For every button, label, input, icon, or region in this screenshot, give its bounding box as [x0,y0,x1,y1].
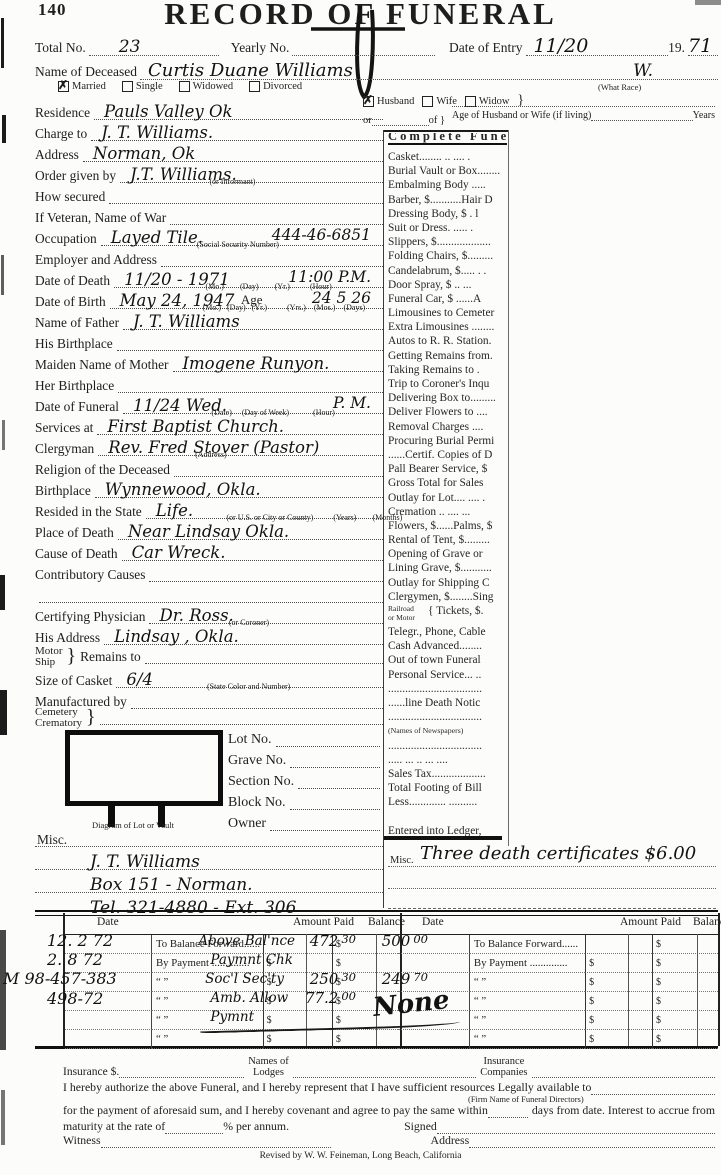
yearly-no-label: Yearly No. [219,40,293,56]
ledger-box-rule [384,836,502,840]
dollar-sign: $ [656,1015,661,1026]
field-value-handwritten: 11/20 - 1971 [124,270,230,289]
field-value-handwritten: Wynnewood, Okla. [105,480,261,499]
scan-artifact [0,930,6,1050]
checkbox-x-mark: ✗ [58,78,68,93]
field-row: Employer and Address [35,246,383,267]
ledger-header-balance: Balance [693,916,721,928]
field-row: Residence Pauls Valley Ok [35,99,383,120]
checkbox-icon: ✗ [179,81,190,92]
charge-item: ......line Death Notic [388,696,507,710]
dollar-sign: $ [656,996,661,1007]
age-of-spouse-label: Age of Husband or Wife (if living) [452,110,591,121]
field-row: Birthplace Wynnewood, Okla. [35,477,383,498]
field-label: Date of Death [35,273,114,288]
field-label: Religion of the Deceased [35,462,174,477]
dollar-sign: $ [656,977,661,988]
charge-item-label: Barber, $...........Hair D [388,194,493,206]
charge-item-label: Procuring Burial Permi [388,435,494,447]
charge-item-label: Limousines to Cemeter [388,307,494,319]
field-row: Clergyman Rev. Fred Stover (Pastor) (Add… [35,435,383,456]
checkbox-label: Married [72,81,106,92]
lot-field-row: Grave No. [228,747,380,768]
charge-item-label: Flowers, $......Palms, $ [388,520,492,532]
field-value-handwritten: 11/24 Wed. [133,396,227,415]
charge-item-label: ......line Death Notic [388,697,480,709]
charge-item: Door Spray, $ .. ... [388,278,507,292]
charge-item: Pall Bearer Service, $ [388,462,507,476]
charge-item: Autos to R. R. Station. [388,334,507,348]
hand-date: 12. 2 72 [35,931,198,950]
field-value-handwritten: Imogene Runyon. [183,354,330,373]
field-label: Size of Casket [35,673,116,688]
cents-divider [697,934,698,1046]
charge-item-label: Telegr., Phone, Cable [388,626,486,638]
marital-status-row: ✗ Married ✗ Single ✗ Widowed ✗ Divorced [58,81,302,92]
field-label: Clergyman [35,441,98,456]
field-label: How secured [35,189,109,204]
field-label: Cause of Death [35,546,122,561]
charge-item: ......Certif. Copies of D [388,448,507,462]
charge-item-label: Door Spray, $ .. ... [388,279,471,291]
ledger-row-desc: “ ” [470,973,585,992]
field-label: Birthplace [35,483,95,498]
charge-item: Opening of Grave or [388,547,507,561]
charge-item: Personal Service... .. [388,668,507,682]
column-divider [508,130,509,846]
year-prefix: 19. [668,40,688,56]
charge-item: Trip to Coroner's Inqu [388,377,507,391]
charge-item-label: Dressing Body, $ . l [388,208,478,220]
field-value-handwritten: Rev. Fred Stover (Pastor) [108,438,319,457]
field-label: Employer and Address [35,252,161,267]
insurance-companies-label: Insurance [483,1056,524,1067]
checkbox-icon: ✗ [249,81,260,92]
charge-item-label: Outlay for Shipping C [388,577,490,589]
ledger-hand-row: M 98-457-383 Soc'l Sec'ty 25030 24970 [35,969,435,988]
brace: } [67,645,77,668]
race-value: W. [633,61,653,81]
charge-item: Barber, $...........Hair D [388,193,507,207]
lot-field-row: Owner [228,810,380,831]
charge-item-label: Lining Grave, $........... [388,562,492,574]
field-row: Date of Funeral 11/24 Wed. P. M. (Date) … [35,393,383,414]
scan-artifact [2,420,5,450]
field-row: Certifying Physician Dr. Ross. (or Coron… [35,603,383,624]
legal-line-3: maturity at the rate of % per annum. Sig… [63,1119,715,1134]
field-label: Resided in the State [35,504,146,519]
scan-artifact [1,255,4,295]
ledger-row-desc: “ ” [470,1011,585,1030]
ledger-row-desc: “ ” [470,992,585,1011]
lot-field-label: Lot No. [228,732,276,747]
field-label: Charge to [35,126,91,141]
ledger-row: “ ” $ $ [398,1030,718,1049]
field-label: Name of Father [35,315,123,330]
charge-item: Suit or Dress. ..... . [388,221,507,235]
charge-item-label: Gross Total for Sales [388,477,484,489]
lot-field-label: Owner [228,816,270,831]
field-row: Her Birthplace [35,372,383,393]
charge-item-label: ..... ... .. ... .... [388,754,448,766]
charge-item-label: Removal Charges .... [388,421,483,433]
field-value-handwritten: Pauls Valley Ok [104,102,232,121]
field-label: His Birthplace [35,336,117,351]
checkbox-label: Widowed [193,81,233,92]
field-value-handwritten: Lindsay , Okla. [114,627,239,646]
charge-item-label: Pall Bearer Service, $ [388,463,487,475]
hand-date: 498-72 [35,989,210,1008]
charge-item: Total Footing of Bill [388,781,507,795]
ledger-hand-row: 2. 8 72 Paymnt Chk [35,950,435,969]
field-row: Religion of the Deceased [35,456,383,477]
field-row: His Birthplace [35,330,383,351]
lot-field-label: Section No. [228,774,298,789]
misc-line-handwritten: Box 151 - Norman. [90,875,253,895]
charges-column: Complete Funeral (excep Casket........ .… [388,133,507,838]
charge-item: Outlay for Lot.... .... . [388,491,507,505]
checkbox-icon: ✗ [122,81,133,92]
field-value-handwritten: May 24, 1947 [120,291,235,310]
scan-artifact [0,690,7,735]
charge-item: Slippers, $................... [388,235,507,249]
hand-balance-cents: 00 [410,932,435,950]
of-label: of } [429,115,445,126]
dollar-sign: $ [656,939,661,950]
hand-amount: 250 [295,970,338,988]
field-row: Maiden Name of Mother Imogene Runyon. [35,351,383,372]
charge-item: . [388,809,507,823]
ledger-row-desc: By Payment .............. [470,954,585,973]
field-row: Name of Father J. T. Williams [35,309,383,330]
charge-item-label: Embalming Body ..... [388,179,486,191]
marital-checkbox: ✗ Widowed [179,81,233,92]
hand-amount-cents: 30 [338,932,365,950]
date-of-entry-label: Date of Entry [435,40,525,56]
charge-item-label: ................................. [388,683,482,695]
charge-item-label: Casket........ .. .... . [388,151,470,163]
charge-item: Telegr., Phone, Cable [388,625,507,639]
charge-item-label: Total Footing of Bill [388,782,482,794]
field-row: Services at First Baptist Church. [35,414,383,435]
legal-line-2: for the payment of aforesaid sum, and I … [63,1103,715,1118]
hand-amount: 77.2 [295,989,338,1007]
dollar-sign: $ [589,977,594,988]
field-row: Cause of Death Car Wreck. [35,540,383,561]
field-value-handwritten: Car Wreck. [132,543,226,562]
field-label: His Address [35,630,104,645]
charge-item-label: Sales Tax................... [388,768,486,780]
charge-item: ................................. [388,682,507,696]
field-row: Date of Death 11/20 - 1971 11:00 P.M. (M… [35,267,383,288]
charge-item-label: (Names of Newspapers) [388,726,463,735]
ledger-hand-row: 498-72 Amb. Allow 77.200 None [35,989,435,1008]
field-row: His Address Lindsay , Okla. [35,624,383,645]
hand-amount: 472 [295,932,338,950]
marital-checkbox: ✗ Married [58,81,106,92]
dollar-sign: $ [656,1034,661,1045]
name-of-deceased-value: Curtis Duane Williams [148,60,353,81]
charge-item: Removal Charges .... [388,420,507,434]
diagram-caption: Diagram of Lot or Vault [92,820,174,830]
marital-checkbox: ✗ Divorced [249,81,302,92]
ledger-row-desc: “ ” [470,1030,585,1049]
field-row: Order given by J.T. Williams. (or Inform… [35,162,383,183]
form-fields-upper: Residence Pauls Valley Ok Charge to J. T… [35,99,383,645]
railroad-label: Railroad [388,605,414,613]
remains-to-label: Remains to [80,649,145,665]
charge-item-label: Entered into Ledger, [388,825,481,837]
ledger-row: “ ” $ $ [65,1030,400,1049]
charge-item-label: ................................. [388,740,482,752]
charge-item: Cremation .. .... ... [388,505,507,519]
ledger-handwritten-entries: 12. 2 72 Above Bal'nce 47230 50000 2. 8 … [35,931,435,1027]
hand-description: Soc'l Sec'ty [205,971,295,987]
misc-label: Misc. [37,832,67,848]
charge-item-label: Autos to R. R. Station. [388,335,491,347]
dollar-sign: $ [656,958,661,969]
years-label: Years [693,110,715,121]
spouse-age-block: Age of Husband or Wife (if living) Years [452,96,715,121]
field-value-handwritten: J. T. Williams. [101,123,213,142]
field-row: Size of Casket 6/4 (State Color and Numb… [35,667,383,688]
field-label: Her Birthplace [35,378,118,393]
witness-label: Witness [63,1133,101,1148]
charge-item: ................................. [388,710,507,724]
total-no-label: Total No. [35,40,89,56]
insurance-row: Insurance $. Names of Lodges Insurance C… [63,1056,715,1078]
misc-left-section: Misc. J. T. Williams Box 151 - Norman. T… [35,832,383,916]
field-row: If Veteran, Name of War [35,204,383,225]
charge-item-label: Out of town Funeral [388,654,481,666]
ledger-row: To Balance Forward...... $ [398,935,718,954]
brace: } [86,706,96,729]
form-title: RECORD OF FUNERAL [0,0,721,32]
field-row: How secured [35,183,383,204]
charge-item-label: Cash Advanced........ [388,640,482,652]
dollar-sign: $ [589,1034,594,1045]
lot-fields: Lot No. Grave No. Section No. Block No. … [228,726,380,831]
charge-item: Folding Chairs, $......... [388,249,507,263]
field-sublabel: (State Color and Number) [207,682,290,691]
dollar-sign: $ [589,1015,594,1026]
charge-item: Deliver Flowers to .... [388,405,507,419]
charge-item: Procuring Burial Permi [388,434,507,448]
name-of-deceased-label: Name of Deceased [35,64,140,80]
charge-item-label: Personal Service... .. [388,669,481,681]
field-label: Contributory Causes [35,567,149,582]
checkbox-label: Single [136,81,163,92]
field-label: Date of Funeral [35,399,123,414]
field-value-handwritten: 6/4 [126,670,153,689]
charge-item: Flowers, $......Palms, $ [388,519,507,533]
or-motor-label: or Motor [388,614,415,622]
dollar-sign: $ [589,996,594,1007]
charge-item-label: Slippers, $................... [388,236,491,248]
field-label: Occupation [35,231,101,246]
field-row [35,582,383,603]
field-label: Address [35,147,83,162]
misc-line: J. T. Williams [35,847,383,870]
printer-credit: Revised by W. W. Feineman, Long Beach, C… [0,1151,721,1161]
misc-right-handwritten: Three death certificates $6.00 [420,843,696,864]
charge-item: Casket........ .. .... . [388,150,507,164]
charge-item: Burial Vault or Box........ [388,164,507,178]
misc-line-handwritten: J. T. Williams [90,852,200,872]
charge-item: ..... ... .. ... .... [388,753,507,767]
charge-item-label: Getting Remains from. [388,350,493,362]
total-no-value: 23 [119,37,141,57]
field-label: Maiden Name of Mother [35,357,173,372]
charge-item: Embalming Body ..... [388,178,507,192]
ledger-header-date: Date [97,916,119,928]
hand-balance: 500 [365,932,410,950]
funeral-record-form: 140 RECORD OF FUNERAL Total No. 23 Yearl… [0,0,721,1175]
charge-item-label: Complete Funeral (excep [388,133,507,145]
charge-item: Limousines to Cemeter [388,306,507,320]
field-value2-handwritten: 11:00 P.M. [288,268,371,286]
field-label: Services at [35,420,97,435]
field-value-handwritten: Norman, Ok [93,144,195,163]
lot-diagram [65,730,223,806]
hand-amount-cents: 00 [338,989,365,1007]
charge-item: ................................. [388,739,507,753]
motor-ship-row: Motor Ship } Remains to [35,645,383,668]
misc-line: Box 151 - Norman. [35,870,383,893]
charge-item-label: { Tickets, $. [428,605,483,617]
charge-item: Gross Total for Sales [388,476,507,490]
field-row: Occupation Layed Tile. 444-46-6851 (Soci… [35,225,383,246]
checkbox-icon: ✗ [422,96,433,107]
charge-item: Cash Advanced........ [388,639,507,653]
lot-field-label: Grave No. [228,753,290,768]
field-label: Certifying Physician [35,609,149,624]
ledger-hand-row: 12. 2 72 Above Bal'nce 47230 50000 [35,931,435,950]
ledger-table-right: Date Amount Paid Balance To Balance Forw… [398,913,720,1046]
name-row: Name of Deceased Curtis Duane Williams W… [35,62,718,80]
charge-item: Complete Funeral (excep [388,133,507,146]
hand-date: 2. 8 72 [35,950,210,969]
scan-artifact [1,1090,5,1145]
lot-field-row: Section No. [228,768,380,789]
charge-item-label: Candelabrum, $..... . . [388,265,486,277]
field-value-handwritten: Near Lindsay Okla. [128,522,289,541]
lot-field-row: Block No. [228,789,380,810]
field-row: Contributory Causes [35,561,383,582]
checkbox-icon: ✗ [58,81,69,92]
charge-item-label: Burial Vault or Box........ [388,165,500,177]
race-sublabel: (What Race) [598,82,641,92]
field-value2-handwritten: 24 5 26 [312,289,371,307]
charge-item-label: Rental of Tent, $......... [388,534,490,546]
field-value-handwritten: Dr. Ross. [159,606,233,625]
box-top-rule [384,130,508,132]
insurance-label: Insurance $. [63,1066,119,1078]
misc-label: Misc. [390,855,414,866]
field-label: Date of Birth [35,294,110,309]
field-value2-handwritten: P. M. [333,394,371,412]
field-value-handwritten: Layed Tile. [111,228,203,247]
ledger-header-amount: Amount Paid [620,916,681,928]
crematory-label: Crematory [35,717,82,729]
marital-checkbox: ✗ Single [122,81,163,92]
hand-description: Paymnt Chk [210,952,295,968]
hand-description: Above Bal'nce [198,933,295,949]
charge-item-label: Taking Remains to . [388,364,480,376]
charge-item-label: Trip to Coroner's Inqu [388,378,489,390]
charge-item-label: Less............. .......... [388,796,477,808]
charge-item-label: Extra Limousines ........ [388,321,494,333]
dollar-sign: $ [589,958,594,969]
hand-description: Amb. Allow [210,990,295,1006]
charge-item-label: Suit or Dress. ..... . [388,222,473,234]
ledger-header-date: Date [422,916,444,928]
charge-item: Taking Remains to . [388,363,507,377]
charge-item: Lining Grave, $........... [388,561,507,575]
year-value: 71 [688,35,712,57]
field-label: If Veteran, Name of War [35,210,170,225]
ledger-row-desc: To Balance Forward...... [470,935,585,954]
field-sublabel: (Date) (Day of Week) (Hour) [211,408,334,417]
field-sublabel: (or Coroner) [229,618,269,627]
charge-item: Clergymen, $........Sing [388,590,507,604]
field-label: Order given by [35,168,120,183]
field-label: Residence [35,105,94,120]
charge-item-label: ................................. [388,711,482,723]
witness-address-line: Witness Address [63,1133,715,1148]
checkbox-label: Divorced [263,81,302,92]
charge-item: Funeral Car, $ ......A [388,292,507,306]
ledger-row: By Payment .............. $ $ [398,954,718,973]
totals-row: Total No. 23 Yearly No. Date of Entry 11… [35,38,718,56]
hand-amount-cents: 30 [338,970,365,988]
charge-item-label: Folding Chairs, $......... [388,250,493,262]
dollar-sign: $ [267,1034,272,1045]
field-value2-handwritten: 444-46-6851 [272,226,371,244]
ship-label: Ship [35,656,55,668]
charge-item-label: Funeral Car, $ ......A [388,293,481,305]
field-sublabel: (Social Security Number) [197,240,279,249]
field-value-handwritten: J. T. Williams [133,312,240,331]
field-value-handwritten: J.T. Williams. [130,165,237,184]
charge-item: Rental of Tent, $......... [388,533,507,547]
legal-line-1: I hereby authorize the above Funeral, an… [63,1080,715,1095]
scan-artifact [0,575,5,610]
charge-item-label: ......Certif. Copies of D [388,449,492,461]
field-sublabel: (or U.S. or City or County) (Years) (Mon… [226,513,402,522]
signed-label: Signed [404,1119,437,1134]
charge-item-label: Delivering Box to......... [388,392,496,404]
charge-item: (Names of Newspapers) [388,724,507,738]
lot-field-label: Block No. [228,795,290,810]
field-label: Place of Death [35,525,118,540]
charge-item-label: Clergymen, $........Sing [388,591,493,603]
charge-item: Extra Limousines ........ [388,320,507,334]
charge-item: Dressing Body, $ . l [388,207,507,221]
charge-item-label: Opening of Grave or [388,548,483,560]
field-row: Charge to J. T. Williams. [35,120,383,141]
charge-item-label: Deliver Flowers to .... [388,406,488,418]
charge-item-label: Outlay for Lot.... .... . [388,492,485,504]
lot-field-row: Lot No. [228,726,380,747]
cents-divider [628,934,629,1046]
ledger-header-amount: Amount Paid [293,916,354,928]
address-label: Address [431,1133,470,1148]
charge-item: Less............. .......... [388,795,507,809]
field-value-handwritten: First Baptist Church. [107,417,284,436]
charge-item: Getting Remains from. [388,349,507,363]
charge-item: Delivering Box to......... [388,391,507,405]
